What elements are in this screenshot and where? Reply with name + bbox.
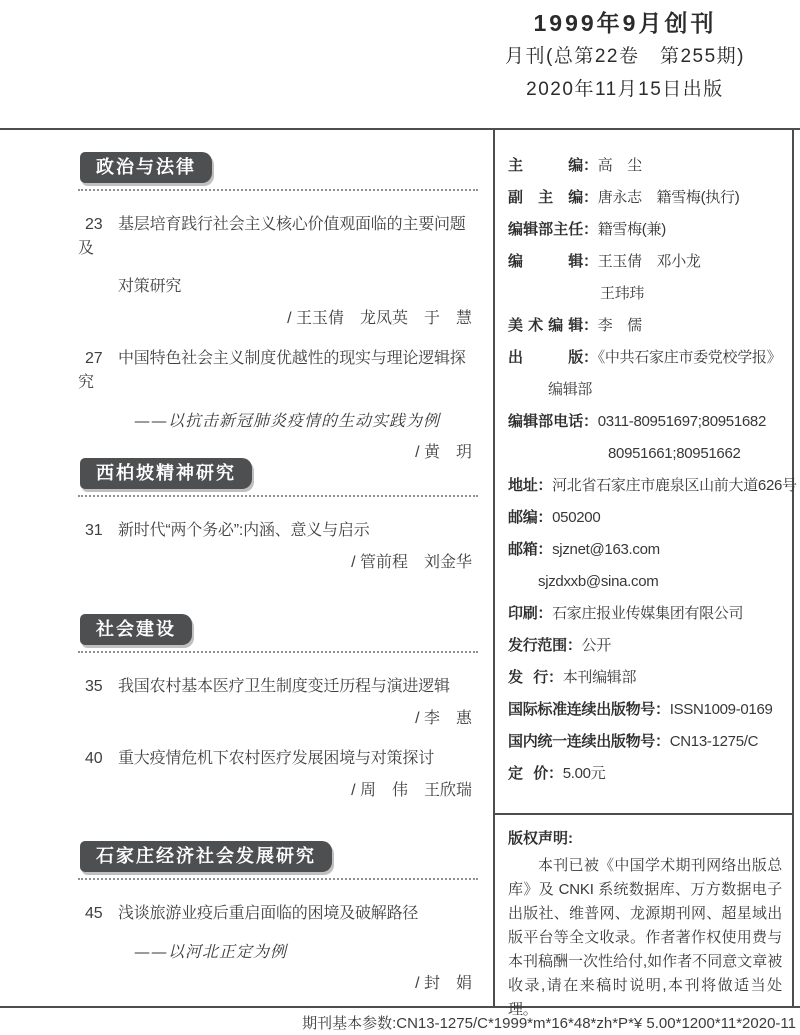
masthead-value: 唐永志 籍雪梅(执行) — [598, 189, 740, 206]
masthead-label: 美术编辑 — [508, 310, 583, 342]
masthead-value: 本刊编辑部 — [563, 669, 637, 686]
column-divider — [493, 128, 495, 1008]
entry-authors: / 管前程 刘金华 — [78, 551, 478, 575]
masthead-row: 编辑部 — [508, 374, 788, 406]
masthead-colon: ： — [655, 733, 670, 750]
masthead-colon: ： — [583, 189, 598, 206]
masthead-row: 美术编辑：李 儒 — [508, 310, 788, 342]
masthead-label: 副主编 — [508, 182, 583, 214]
masthead-colon: ： — [655, 701, 670, 718]
entry-page-number: 45 — [78, 902, 118, 926]
masthead-value: 石家庄报业传媒集团有限公司 — [552, 605, 743, 622]
entry-title: 基层培育践行社会主义核心价值观面临的主要问题及 — [78, 216, 466, 257]
entry-subtitle: ——以抗击新冠肺炎疫情的生动实践为例 — [78, 409, 478, 433]
masthead-value: 河北省石家庄市鹿泉区山前大道626号 — [552, 477, 797, 494]
masthead-value: 0311-80951697;80951682 — [598, 413, 766, 430]
toc-entry: 35我国农村基本医疗卫生制度变迁历程与演进逻辑/ 李 惠 — [78, 675, 478, 731]
toc-section: 石家庄经济社会发展研究45浅谈旅游业疫后重启面临的困境及破解路径——以河北正定为… — [78, 841, 478, 996]
masthead-label: 邮编 — [508, 509, 537, 526]
toc-entry: 27中国特色社会主义制度优越性的现实与理论逻辑探究——以抗击新冠肺炎疫情的生动实… — [78, 347, 478, 465]
masthead-row: 出版：《中共石家庄市委党校学报》 — [508, 342, 788, 374]
copyright-title: 版权声明: — [508, 826, 782, 852]
masthead-value: 籍雪梅(兼) — [598, 221, 666, 238]
masthead-colon: ： — [583, 317, 598, 334]
entry-title-line: 31新时代“两个务必”:内涵、意义与启示 — [78, 519, 478, 543]
masthead-label: 国际标准连续出版物号 — [508, 701, 655, 718]
entry-title-line: 40重大疫情危机下农村医疗发展困境与对策探讨 — [78, 747, 478, 771]
entry-title-line: 45浅谈旅游业疫后重启面临的困境及破解路径 — [78, 902, 478, 926]
toc-entry: 31新时代“两个务必”:内涵、意义与启示/ 管前程 刘金华 — [78, 519, 478, 575]
masthead-label: 邮箱 — [508, 541, 537, 558]
publish-date: 2020年11月15日出版 — [480, 73, 770, 106]
masthead-colon: ： — [583, 157, 598, 174]
entry-authors: / 周 伟 王欣瑞 — [78, 779, 478, 803]
entry-title: 中国特色社会主义制度优越性的现实与理论逻辑探究 — [78, 350, 466, 391]
masthead-row: 80951661;80951662 — [508, 438, 788, 470]
masthead-value: 王玉倩 邓小龙 — [598, 253, 701, 270]
dotted-rule — [78, 651, 478, 653]
masthead-value-continuation: 80951661;80951662 — [508, 445, 741, 462]
masthead-value: 《中共石家庄市委党校学报》 — [598, 349, 782, 366]
masthead-label: 主编 — [508, 150, 583, 182]
masthead-label: 编辑部电话 — [508, 406, 583, 438]
entry-title: 我国农村基本医疗卫生制度变迁历程与演进逻辑 — [118, 678, 450, 695]
masthead-row: 副主编：唐永志 籍雪梅(执行) — [508, 182, 788, 214]
masthead-row: 发行范围：公开 — [508, 630, 788, 662]
toc-entry: 40重大疫情危机下农村医疗发展困境与对策探讨/ 周 伟 王欣瑞 — [78, 747, 478, 803]
entry-authors: / 封 娟 — [78, 972, 478, 996]
masthead-label: 发行 — [508, 662, 548, 694]
masthead-label: 定价 — [508, 758, 548, 790]
masthead-row: 国内统一连续出版物号：CN13-1275/C — [508, 726, 788, 758]
masthead-value-continuation: sjzdxxb@sina.com — [508, 573, 658, 590]
right-border — [792, 128, 794, 1008]
masthead-value: ISSN1009-0169 — [670, 701, 773, 718]
masthead-row: 印刷：石家庄报业传媒集团有限公司 — [508, 598, 788, 630]
masthead-row: 邮箱：sjznet@163.com — [508, 534, 788, 566]
section-badge: 石家庄经济社会发展研究 — [80, 841, 332, 872]
founded-date: 1999年9月创刊 — [480, 6, 770, 40]
toc-entry: 45浅谈旅游业疫后重启面临的困境及破解路径——以河北正定为例/ 封 娟 — [78, 902, 478, 996]
toc-entry: 23基层培育践行社会主义核心价值观面临的主要问题及对策研究/ 王玉倩 龙凤英 于… — [78, 213, 478, 331]
masthead-row: 编辑部电话：0311-80951697;80951682 — [508, 406, 788, 438]
masthead-value: CN13-1275/C — [670, 733, 758, 750]
masthead-colon: ： — [537, 541, 552, 558]
masthead-colon: ： — [537, 509, 552, 526]
masthead-label: 国内统一连续出版物号 — [508, 733, 655, 750]
entry-title: 重大疫情危机下农村医疗发展困境与对策探讨 — [118, 750, 434, 767]
entry-page-number: 31 — [78, 519, 118, 543]
entry-title-line: 35我国农村基本医疗卫生制度变迁历程与演进逻辑 — [78, 675, 478, 699]
masthead-row: 地址：河北省石家庄市鹿泉区山前大道626号 — [508, 470, 788, 502]
masthead-label: 地址 — [508, 477, 537, 494]
section-badge: 政治与法律 — [80, 152, 212, 183]
entry-page-number: 35 — [78, 675, 118, 699]
issue-info: 月刊(总第22卷 第255期) — [480, 40, 770, 73]
entry-title: 新时代“两个务必”:内涵、意义与启示 — [118, 522, 370, 539]
entry-authors: / 李 惠 — [78, 707, 478, 731]
dotted-rule — [78, 189, 478, 191]
journal-parameters: 期刊基本参数:CN13-1275/C*1999*m*16*48*zh*P*¥ 5… — [302, 1012, 796, 1033]
entry-subtitle: ——以河北正定为例 — [78, 940, 478, 964]
masthead-value: 李 儒 — [598, 317, 642, 334]
masthead: 主编：高 尘副主编：唐永志 籍雪梅(执行)编辑部主任：籍雪梅(兼)编辑：王玉倩 … — [508, 150, 788, 790]
entry-title-line: 27中国特色社会主义制度优越性的现实与理论逻辑探究 — [78, 347, 478, 395]
copyright-body: 本刊已被《中国学术期刊网络出版总库》及 CNKI 系统数据库、万方数据电子出版社… — [508, 854, 782, 1022]
masthead-row: 编辑：王玉倩 邓小龙 — [508, 246, 788, 278]
dotted-rule — [78, 495, 478, 497]
masthead-label: 出版 — [508, 342, 583, 374]
masthead-value: 050200 — [552, 509, 600, 526]
masthead-colon: ： — [583, 413, 598, 430]
masthead-row: 邮编：050200 — [508, 502, 788, 534]
masthead-label: 印刷 — [508, 605, 537, 622]
masthead-colon: ： — [583, 349, 598, 366]
masthead-label: 编辑部主任 — [508, 214, 583, 246]
section-badge: 社会建设 — [80, 614, 192, 645]
masthead-row: 发行：本刊编辑部 — [508, 662, 788, 694]
entry-authors: / 王玉倩 龙凤英 于 慧 — [78, 307, 478, 331]
entry-title: 浅谈旅游业疫后重启面临的困境及破解路径 — [118, 905, 418, 922]
masthead-colon: ： — [537, 477, 552, 494]
masthead-row: 王玮玮 — [508, 278, 788, 310]
masthead-label: 编辑 — [508, 246, 583, 278]
copyright-notice: 版权声明: 本刊已被《中国学术期刊网络出版总库》及 CNKI 系统数据库、万方数… — [508, 826, 782, 1022]
entry-title-line: 23基层培育践行社会主义核心价值观面临的主要问题及 — [78, 213, 478, 261]
masthead-colon: ： — [583, 221, 598, 238]
masthead-colon: ： — [548, 669, 563, 686]
toc-section: 西柏坡精神研究31新时代“两个务必”:内涵、意义与启示/ 管前程 刘金华 — [78, 458, 478, 575]
masthead-copyright-divider — [495, 813, 792, 815]
entry-page-number: 23 — [78, 213, 118, 237]
dotted-rule — [78, 878, 478, 880]
masthead-value-continuation: 编辑部 — [508, 381, 592, 398]
masthead-row: 定价：5.00元 — [508, 758, 788, 790]
entry-title-continuation: 对策研究 — [78, 275, 478, 299]
masthead-colon: ： — [567, 637, 582, 654]
masthead-row: 主编：高 尘 — [508, 150, 788, 182]
toc-section: 政治与法律23基层培育践行社会主义核心价值观面临的主要问题及对策研究/ 王玉倩 … — [78, 152, 478, 465]
masthead-colon: ： — [537, 605, 552, 622]
masthead-value: 5.00元 — [563, 765, 606, 782]
masthead-value: sjznet@163.com — [552, 541, 660, 558]
masthead-value-continuation: 王玮玮 — [508, 285, 644, 302]
section-badge: 西柏坡精神研究 — [80, 458, 252, 489]
masthead-row: 国际标准连续出版物号：ISSN1009-0169 — [508, 694, 788, 726]
masthead-colon: ： — [583, 253, 598, 270]
masthead-value: 公开 — [582, 637, 611, 654]
toc-section: 社会建设35我国农村基本医疗卫生制度变迁历程与演进逻辑/ 李 惠40重大疫情危机… — [78, 614, 478, 803]
masthead-row: 编辑部主任：籍雪梅(兼) — [508, 214, 788, 246]
masthead-label: 发行范围 — [508, 637, 567, 654]
entry-page-number: 40 — [78, 747, 118, 771]
masthead-value: 高 尘 — [598, 157, 642, 174]
top-rule — [0, 128, 800, 130]
masthead-row: sjzdxxb@sina.com — [508, 566, 788, 598]
publication-header: 1999年9月创刊 月刊(总第22卷 第255期) 2020年11月15日出版 — [480, 6, 770, 106]
entry-page-number: 27 — [78, 347, 118, 371]
masthead-colon: ： — [548, 765, 563, 782]
